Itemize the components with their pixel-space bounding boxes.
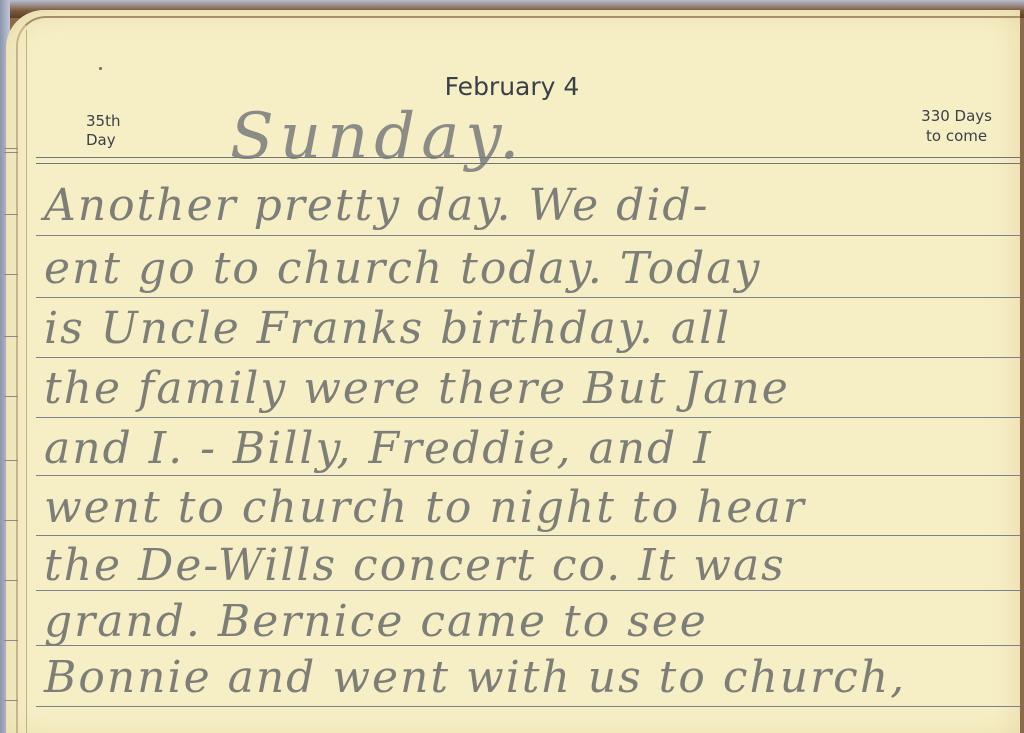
entry-line: Another pretty day. We did- [44,180,1024,231]
entry-line: the family were there But Jane [44,363,1024,414]
days-remaining-count: 330 Days [921,106,992,126]
entry-line: the De-Wills concert co. It was [44,540,1024,591]
ruled-line [36,297,1020,298]
day-label: Day [86,131,120,150]
ruled-line [36,235,1020,236]
entry-line: and I. - Billy, Freddie, and I [44,423,1024,474]
ruled-line [36,357,1020,358]
ruled-line [36,417,1020,418]
header-rule [36,157,1020,164]
entry-line: is Uncle Franks birthday. all [44,303,1024,354]
entry-line: grand. Bernice came to see [44,596,1024,647]
entry-line: ent go to church today. Today [44,243,1024,294]
page-date: February 4 [0,72,1024,101]
ruled-line [36,475,1020,476]
days-remaining-label: to come [921,126,992,146]
paper-speck [99,67,102,70]
ruled-line [36,535,1020,536]
day-of-year: 35th Day [86,112,120,150]
entry-line: Bonnie and went with us to church, [44,652,1024,703]
ruled-line [36,706,1020,707]
day-number: 35th [86,112,120,131]
page-margin [26,30,31,733]
days-remaining: 330 Days to come [921,106,992,146]
entry-line: went to church to night to hear [44,482,1024,533]
